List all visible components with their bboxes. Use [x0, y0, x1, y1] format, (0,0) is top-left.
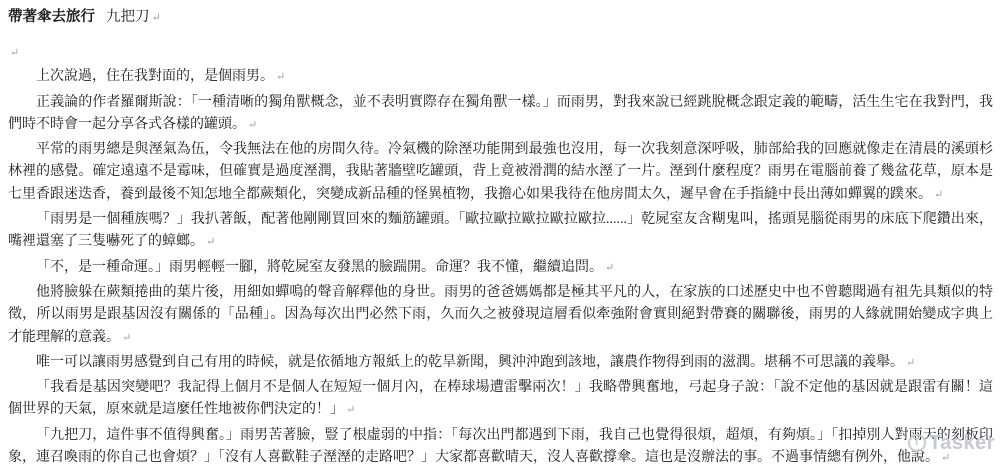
paragraph-text: 「雨男是一個種族嗎？」我扒著飯，配著他剛剛買回來的麵筋罐頭。「歐拉歐拉歐拉歐拉歐…	[8, 212, 993, 249]
paragraph-text: 「我看是基因突變吧？我記得上個月不是個人在短短一個月內，在棒球場遭雷擊兩次！」我…	[8, 380, 993, 417]
paragraph-text: 正義論的作者羅爾斯說：「一種清晰的獨角獸概念，並不表明實際存在獨角獸一樣。」而雨…	[8, 95, 993, 132]
paragraph: 「我看是基因突變吧？我記得上個月不是個人在短短一個月內，在棒球場遭雷擊兩次！」我…	[8, 377, 993, 422]
paragraph-mark-icon: ↵	[934, 189, 943, 201]
paragraph: 平常的雨男總是與溼氣為伍，令我無法在他的房間久待。冷氣機的除溼功能開到最強也沒用…	[8, 139, 993, 206]
paragraph-mark-icon: ↵	[152, 12, 161, 24]
tasker-logo-icon: T	[908, 434, 926, 452]
tasker-watermark: T Tasker	[908, 432, 995, 454]
paragraph-text: 他將臉躲在蕨類捲曲的葉片後，用細如蟬鳴的聲音解釋他的身世。雨男的爸爸媽媽都是極其…	[8, 285, 993, 345]
paragraph-mark-icon: ↵	[906, 357, 915, 369]
paragraph: 唯一可以讓雨男感覺到自己有用的時候，就是依循地方報紙上的乾旱新聞，興沖沖跑到該地…	[8, 352, 993, 374]
paragraph-mark-icon: ↵	[276, 71, 285, 83]
paragraph-mark-icon: ↵	[605, 262, 614, 274]
paragraph: 他將臉躲在蕨類捲曲的葉片後，用細如蟬鳴的聲音解釋他的身世。雨男的爸爸媽媽都是極其…	[8, 282, 993, 349]
paragraph-mark-icon: ↵	[248, 119, 257, 131]
paragraph: 「不，是一種命運。」雨男輕輕一腳，將乾屍室友發黑的臉踹開。命運？我不懂，繼續追問…	[8, 257, 993, 279]
paragraph: 正義論的作者羅爾斯說：「一種清晰的獨角獸概念，並不表明實際存在獨角獸一樣。」而雨…	[8, 92, 993, 137]
paragraph: 「九把刀，這件事不值得興奮。」雨男苦著臉，豎了根虛弱的中指：「每次出門都遇到下雨…	[8, 425, 993, 467]
paragraph-text: 上次說過，住在我對面的，是個雨男。	[36, 69, 274, 84]
paragraph-mark-icon: ↵	[206, 236, 215, 248]
paragraph-text: 平常的雨男總是與溼氣為伍，令我無法在他的房間久待。冷氣機的除溼功能開到最強也沒用…	[8, 142, 993, 202]
paragraph-mark-icon: ↵	[10, 47, 19, 59]
document-title: 帶著傘去旅行	[8, 9, 95, 25]
tasker-watermark-label: Tasker	[929, 432, 995, 454]
empty-paragraph: ↵	[8, 42, 993, 64]
document-author: 九把刀	[106, 9, 150, 25]
paragraph-text: 「九把刀，這件事不值得興奮。」雨男苦著臉，豎了根虛弱的中指：「每次出門都遇到下雨…	[8, 428, 993, 465]
paragraph-text: 「不，是一種命運。」雨男輕輕一腳，將乾屍室友發黑的臉踹開。命運？我不懂，繼續追問…	[36, 260, 603, 275]
document-page: 帶著傘去旅行九把刀↵ ↵ 上次說過，住在我對面的，是個雨男。↵ 正義論的作者羅爾…	[0, 0, 1000, 467]
paragraph-mark-icon: ↵	[122, 332, 131, 344]
paragraph: 「雨男是一個種族嗎？」我扒著飯，配著他剛剛買回來的麵筋罐頭。「歐拉歐拉歐拉歐拉歐…	[8, 209, 993, 254]
paragraph-text: 唯一可以讓雨男感覺到自己有用的時候，就是依循地方報紙上的乾旱新聞，興沖沖跑到該地…	[36, 355, 904, 370]
document-header: 帶著傘去旅行九把刀↵	[8, 6, 993, 29]
paragraph-mark-icon: ↵	[346, 404, 355, 416]
paragraph: 上次說過，住在我對面的，是個雨男。↵	[8, 66, 993, 88]
